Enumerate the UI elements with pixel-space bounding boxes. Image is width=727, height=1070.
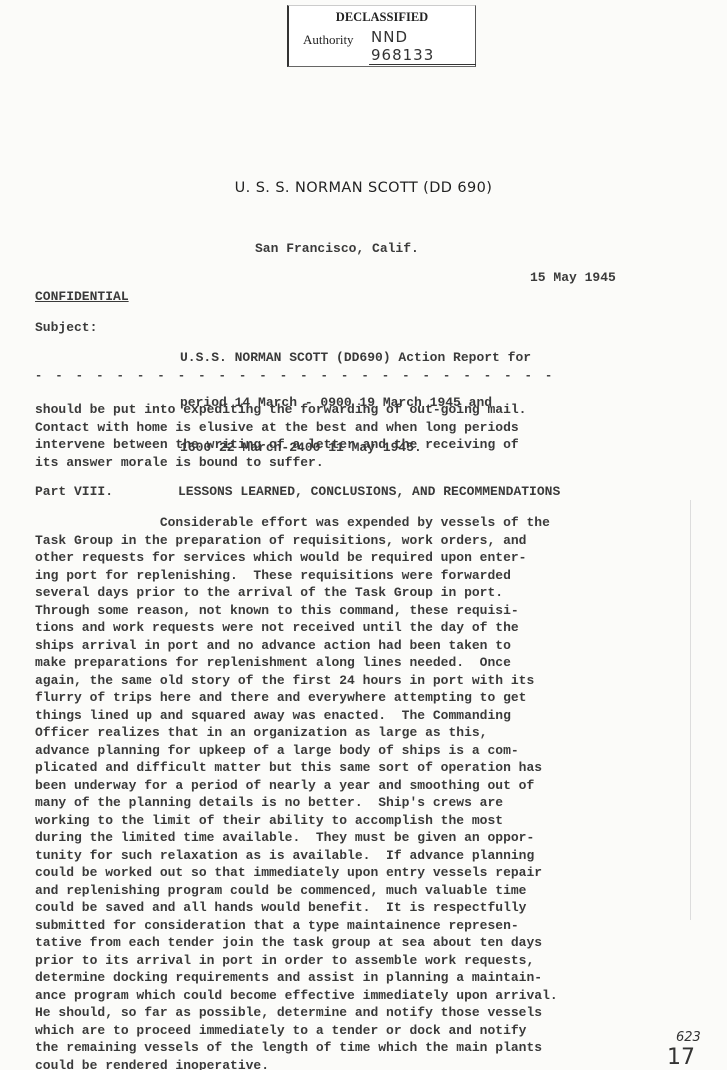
stamp-authority-value: NND 968133 xyxy=(369,28,476,65)
date: 15 May 1945 xyxy=(530,270,616,285)
text-line: ing port for replenishing. These requisi… xyxy=(35,567,558,585)
margin-mark xyxy=(690,500,691,920)
text-line: could be saved and all hands would benef… xyxy=(35,899,558,917)
text-line: ships arrival in port and no advance act… xyxy=(35,637,558,655)
separator: - - - - - - - - - - - - - - - - - - - - … xyxy=(35,369,555,383)
text-line: several days prior to the arrival of the… xyxy=(35,584,558,602)
text-line: which are to proceed immediately to a te… xyxy=(35,1022,558,1040)
text-line: prior to its arrival in port in order to… xyxy=(35,952,558,970)
paragraph-continued: should be put into expediting the forwar… xyxy=(35,401,526,471)
text-line: its answer morale is bound to suffer. xyxy=(35,454,526,472)
text-line: the remaining vessels of the length of t… xyxy=(35,1039,558,1057)
stamp-authority-label: Authority xyxy=(303,32,354,48)
text-line: Contact with home is elusive at the best… xyxy=(35,419,526,437)
text-line: and replenishing program could be commen… xyxy=(35,882,558,900)
letterhead: U. S. S. NORMAN SCOTT (DD 690) xyxy=(0,180,727,196)
text-line: been underway for a period of nearly a y… xyxy=(35,777,558,795)
text-line: ance program which could become effectiv… xyxy=(35,987,558,1005)
text-line: working to the limit of their ability to… xyxy=(35,812,558,830)
text-line: intervene between the writing of a lette… xyxy=(35,436,526,454)
text-line: Through some reason, not known to this c… xyxy=(35,602,558,620)
text-line: could be rendered inoperative. xyxy=(35,1057,558,1070)
text-line: Task Group in the preparation of requisi… xyxy=(35,532,558,550)
paragraph-lessons: Considerable effort was expended by vess… xyxy=(35,514,558,1070)
text-line: Officer realizes that in an organization… xyxy=(35,724,558,742)
text-line: should be put into expediting the forwar… xyxy=(35,401,526,419)
place: San Francisco, Calif. xyxy=(255,241,419,256)
text-line: other requests for services which would … xyxy=(35,549,558,567)
text-line: advance planning for upkeep of a large b… xyxy=(35,742,558,760)
text-line: submitted for consideration that a type … xyxy=(35,917,558,935)
text-line: make preparations for replenishment alon… xyxy=(35,654,558,672)
text-line: determine docking requirements and assis… xyxy=(35,969,558,987)
text-line: flurry of trips here and there and every… xyxy=(35,689,558,707)
declassified-stamp: DECLASSIFIED Authority NND 968133 xyxy=(287,5,476,67)
part-number: Part VIII. xyxy=(35,484,113,499)
stamp-title: DECLASSIFIED xyxy=(289,10,475,25)
classification-marking: CONFIDENTIAL xyxy=(35,289,129,304)
text-line: plicated and difficult matter but this s… xyxy=(35,759,558,777)
part-title: LESSONS LEARNED, CONCLUSIONS, AND RECOMM… xyxy=(178,484,560,499)
text-line: could be worked out so that immediately … xyxy=(35,864,558,882)
subject-label: Subject: xyxy=(35,320,97,335)
text-line: tative from each tender join the task gr… xyxy=(35,934,558,952)
text-line: again, the same old story of the first 2… xyxy=(35,672,558,690)
text-line: Considerable effort was expended by vess… xyxy=(35,514,558,532)
archive-number: 623 xyxy=(676,1030,701,1045)
text-line: He should, so far as possible, determine… xyxy=(35,1004,558,1022)
text-line: tunity for such relaxation as is availab… xyxy=(35,847,558,865)
text-line: many of the planning details is no bette… xyxy=(35,794,558,812)
text-line: tions and work requests were not receive… xyxy=(35,619,558,637)
text-line: things lined up and squared away was ena… xyxy=(35,707,558,725)
page-number: 17 xyxy=(667,1045,695,1070)
subject-line: U.S.S. NORMAN SCOTT (DD690) Action Repor… xyxy=(180,350,531,365)
text-line: during the limited time available. They … xyxy=(35,829,558,847)
